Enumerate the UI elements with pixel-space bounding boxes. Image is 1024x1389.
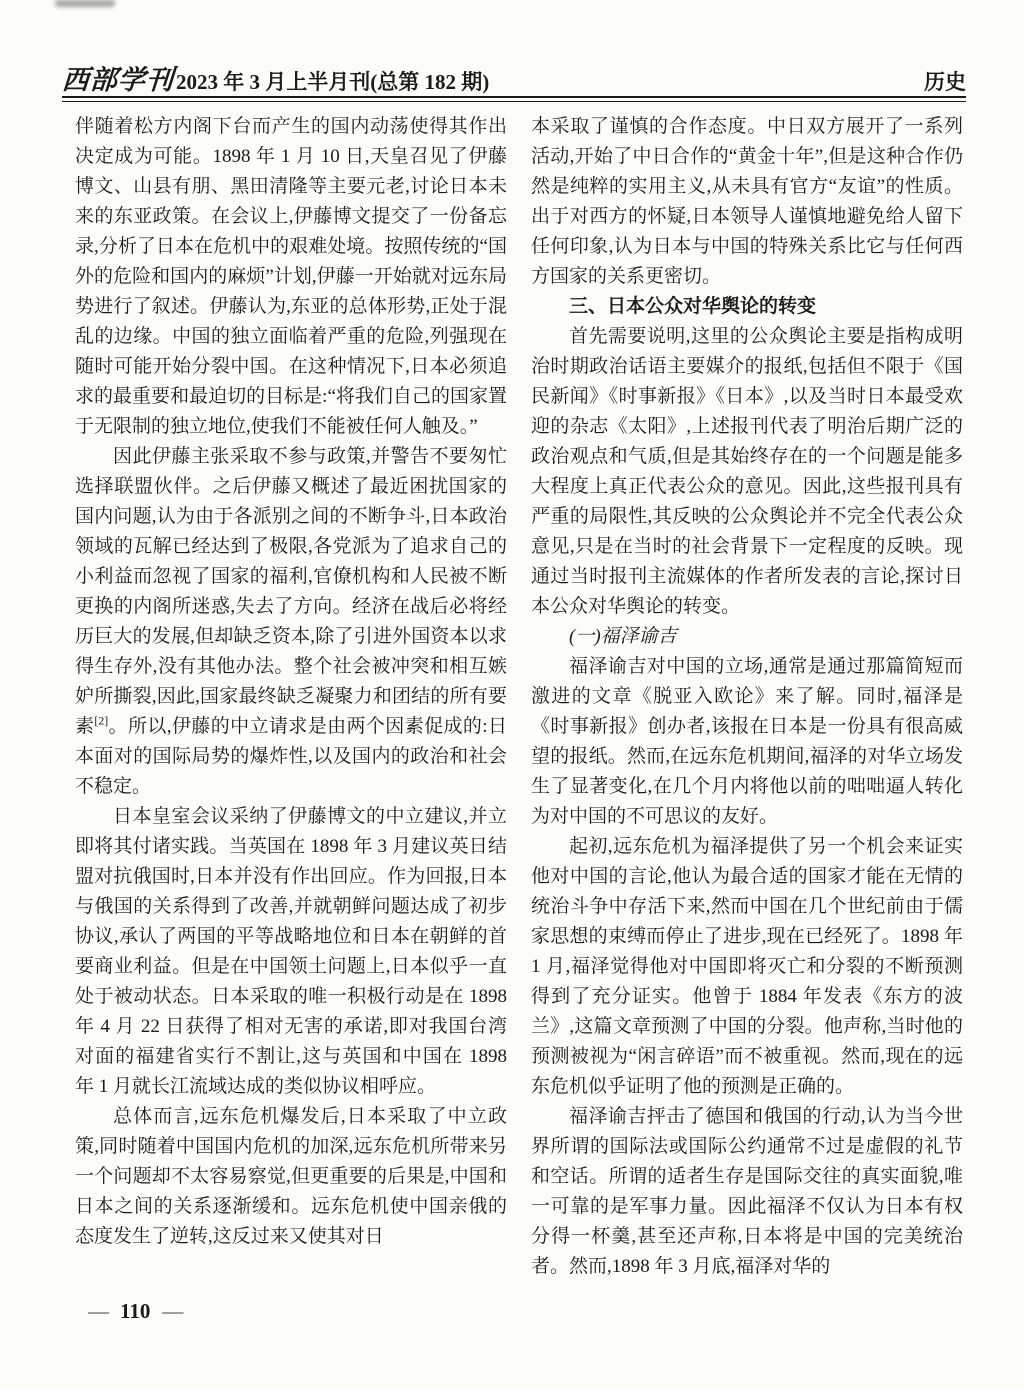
subsection-heading: (一)福泽谕吉 — [531, 622, 963, 652]
body-paragraph: 因此伊藤主张采取不参与政策,并警告不要匆忙选择联盟伙伴。之后伊藤又概述了最近困扰… — [75, 442, 507, 802]
scan-artifact — [55, 0, 115, 7]
left-column: 伴随着松方内阁下台而产生的国内动荡使得其作出决定成为可能。1898 年 1 月 … — [75, 112, 507, 1282]
page-footer: — 110 — — [88, 1299, 182, 1324]
body-paragraph: 总体而言,远东危机爆发后,日本采取了中立政策,同时随着中国国内危机的加深,远东危… — [75, 1102, 507, 1252]
footer-dash-left: — — [88, 1299, 108, 1324]
body-paragraph: 伴随着松方内阁下台而产生的国内动荡使得其作出决定成为可能。1898 年 1 月 … — [75, 112, 507, 442]
right-column: 本采取了谨慎的合作态度。中日双方展开了一系列活动,开始了中日合作的“黄金十年”,… — [531, 112, 963, 1282]
footer-dash-right: — — [162, 1299, 182, 1324]
journal-page: 西部学刊 2023 年 3 月上半月刊(总第 182 期) 历史 伴随着松方内阁… — [0, 0, 1024, 1389]
body-paragraph: 福泽谕吉抨击了德国和俄国的行动,认为当今世界所谓的国际法或国际公约通常不过是虚假… — [531, 1102, 963, 1282]
page-section-label: 历史 — [924, 71, 966, 94]
section-heading: 三、日本公众对华舆论的转变 — [531, 292, 963, 322]
body-paragraph: 日本皇室会议采纳了伊藤博文的中立建议,并立即将其付诸实践。当英国在 1898 年… — [75, 802, 507, 1102]
journal-issue-info: 2023 年 3 月上半月刊(总第 182 期) — [176, 71, 489, 94]
body-paragraph: 本采取了谨慎的合作态度。中日双方展开了一系列活动,开始了中日合作的“黄金十年”,… — [531, 112, 963, 292]
body-paragraph: 首先需要说明,这里的公众舆论主要是指构成明治时期政治话语主要媒介的报纸,包括但不… — [531, 322, 963, 622]
page-number: 110 — [120, 1299, 150, 1324]
body-paragraph: 福泽谕吉对中国的立场,通常是通过那篇简短而激进的文章《脱亚入欧论》来了解。同时,… — [531, 652, 963, 832]
body-paragraph: 起初,远东危机为福泽提供了另一个机会来证实他对中国的言论,他认为最合适的国家才能… — [531, 832, 963, 1102]
journal-logo: 西部学刊 — [61, 67, 175, 94]
article-body: 伴随着松方内阁下台而产生的国内动荡使得其作出决定成为可能。1898 年 1 月 … — [75, 112, 963, 1282]
page-header: 西部学刊 2023 年 3 月上半月刊(总第 182 期) 历史 — [62, 60, 966, 94]
header-double-rule — [62, 96, 966, 102]
